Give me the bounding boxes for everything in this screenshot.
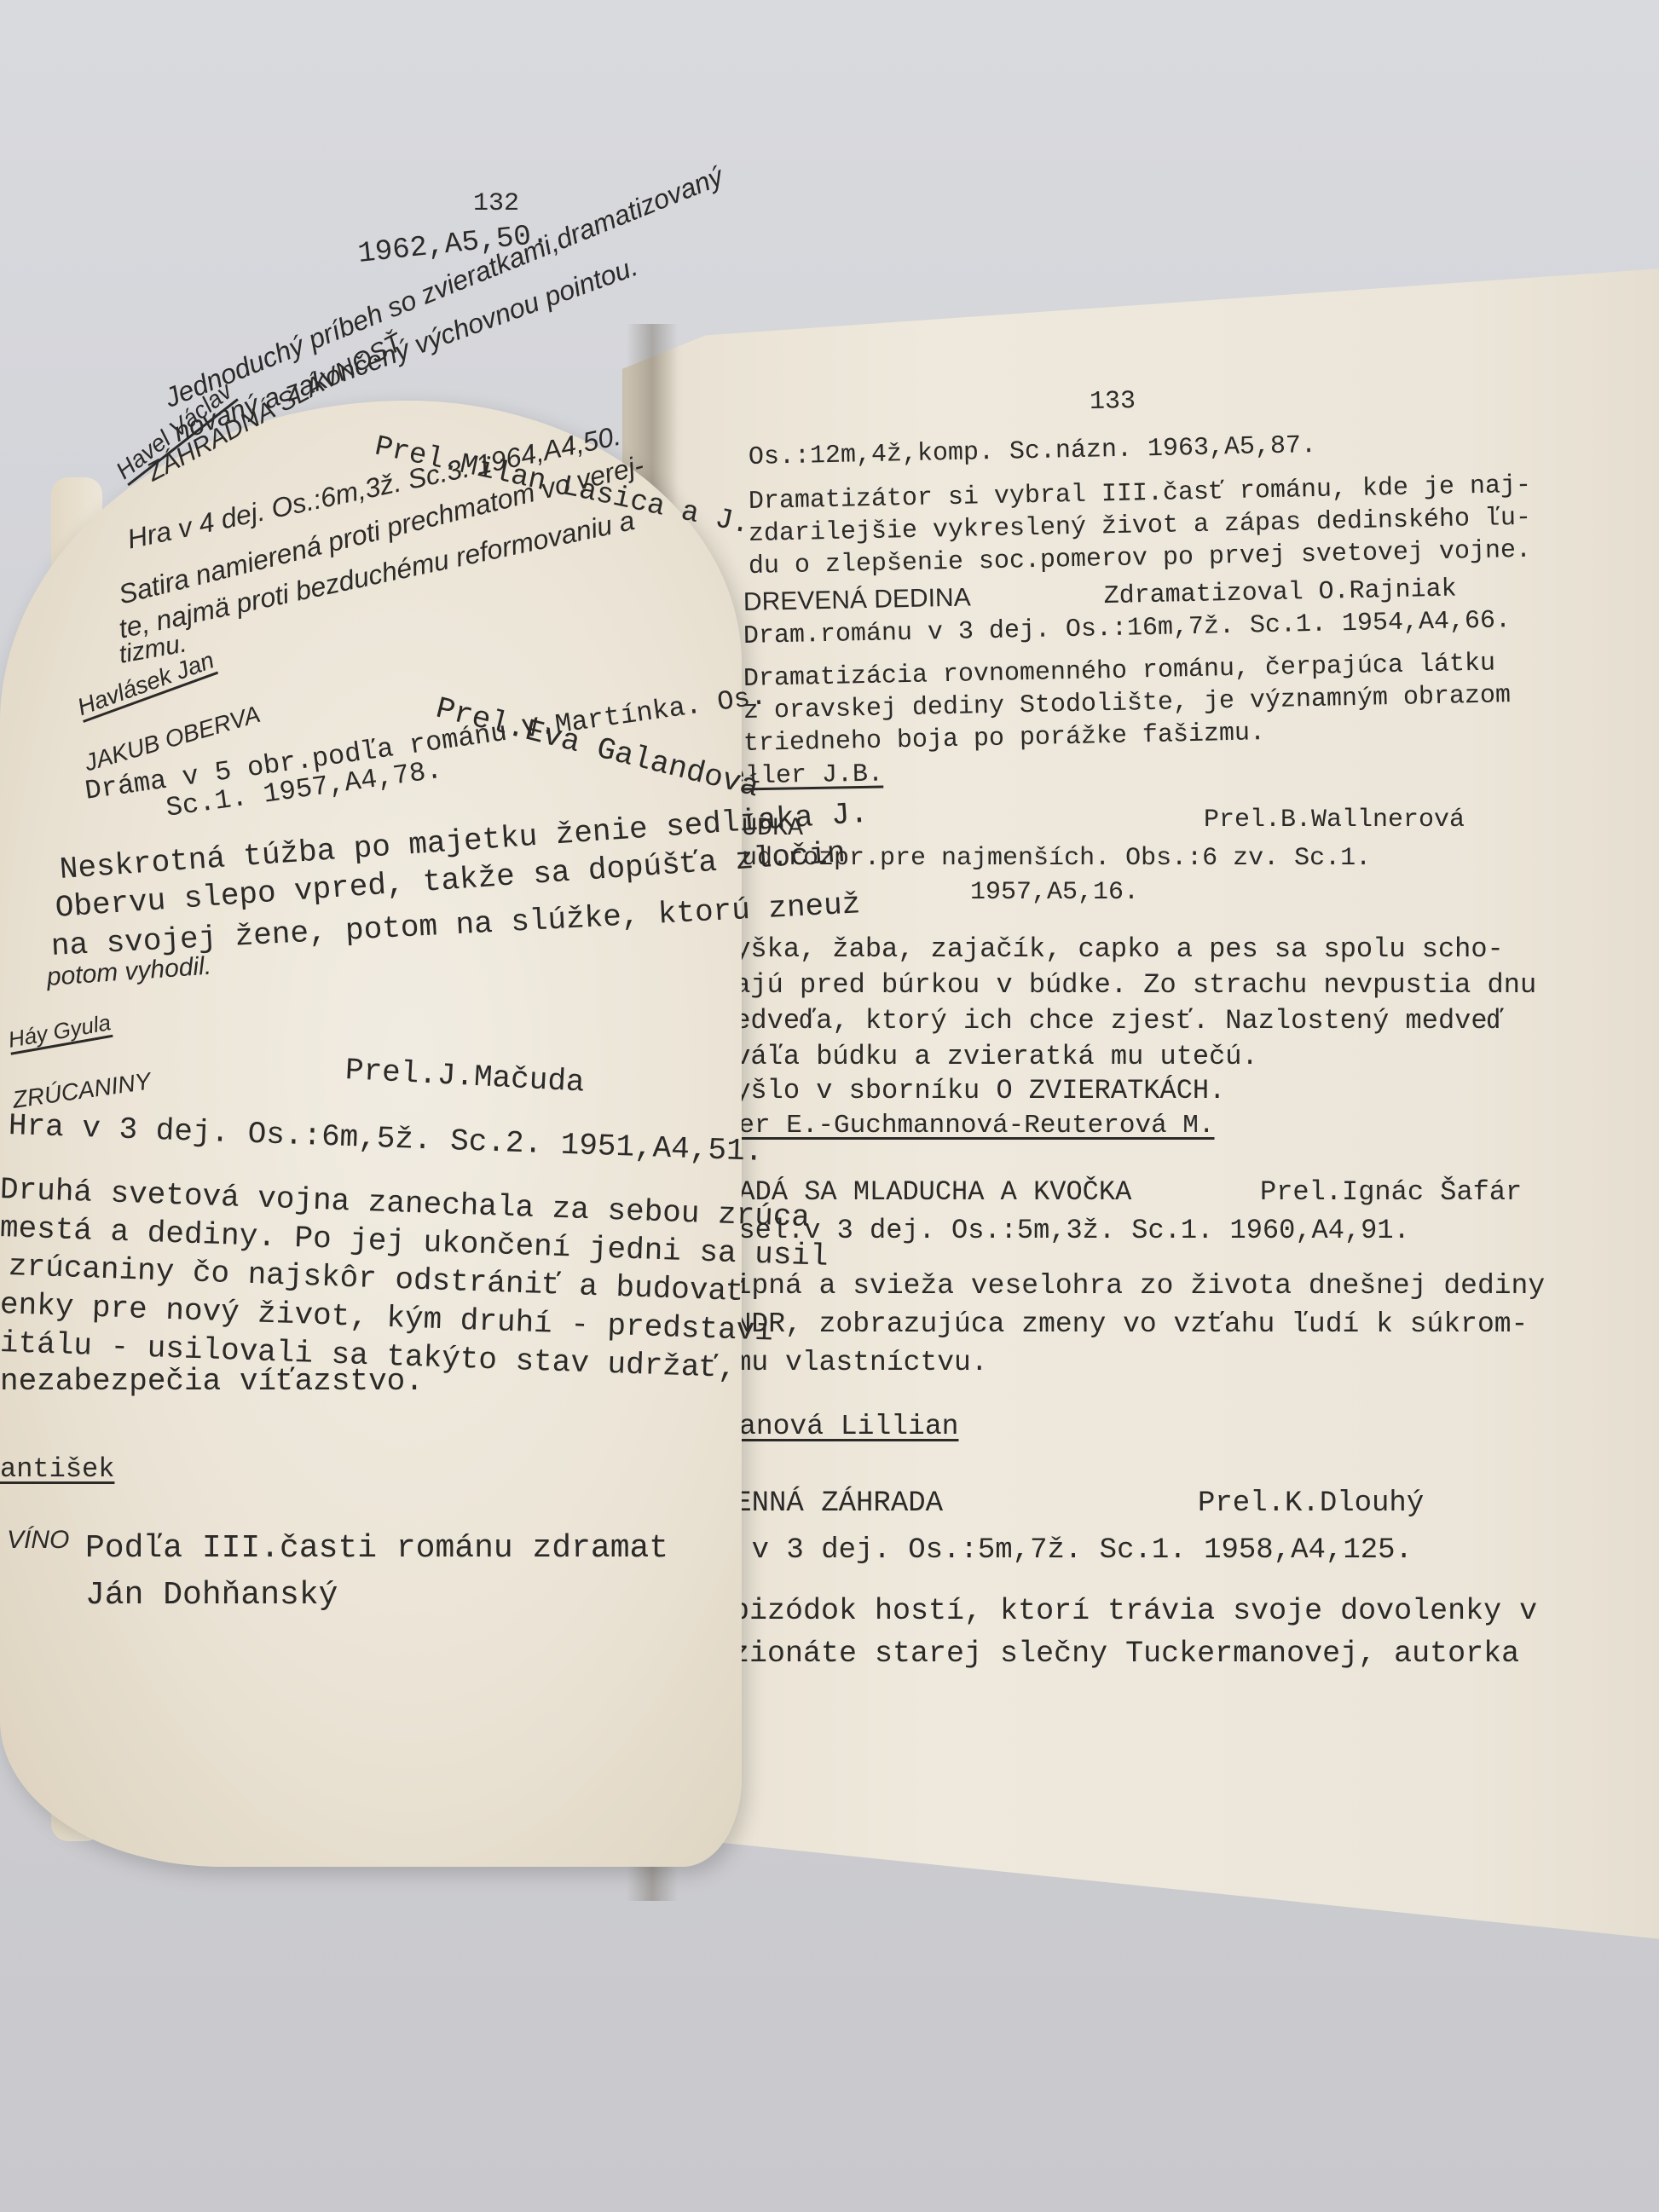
description-line: Z epizódok hostí, ktorí trávia svoje dov… bbox=[678, 1594, 1537, 1628]
entry-details: Hra v 3 dej. Os.:5m,7ž. Sc.1. 1958,A4,12… bbox=[682, 1534, 1413, 1567]
entry-author: antišek bbox=[0, 1453, 114, 1485]
description-line: Podľa III.časti románu zdramat bbox=[85, 1530, 668, 1567]
description-line: Vtipná a svieža veselohra zo života dneš… bbox=[701, 1270, 1545, 1302]
entry-translator: Prel.B.Wallnerová bbox=[1204, 806, 1465, 835]
table-surface: 133 Os.:12m,4ž,komp. Sc.názn. 1963,A5,87… bbox=[0, 0, 1659, 2212]
entry-translator: Prel.Ignác Šafár bbox=[1260, 1176, 1522, 1208]
entry-details: 1957,A5,16. bbox=[970, 878, 1139, 907]
citation-text: 1963,A5,87. bbox=[1147, 431, 1317, 464]
description-line: Myška, žaba, zajačík, capko a pes sa spo… bbox=[718, 933, 1504, 965]
description-line: nezabezpečia víťazstvo. bbox=[0, 1364, 424, 1399]
entry-title: DREVENÁ DEDINA bbox=[743, 583, 971, 616]
description-line: nému vlastníctvu. bbox=[701, 1347, 988, 1378]
description-line: zváľa búdku a zvieratká mu utečú. bbox=[718, 1041, 1258, 1072]
entry-title: VÍNO bbox=[7, 1526, 69, 1555]
page-number: 133 bbox=[1090, 387, 1136, 417]
description-line: medveďa, ktorý ich chce zjesť. Nazlosten… bbox=[718, 1005, 1504, 1037]
entry-translator: Prel.K.Dlouhý bbox=[1198, 1487, 1424, 1520]
description-line: vajú pred búrkou v búdke. Zo strachu nev… bbox=[718, 969, 1536, 1001]
description-line: Ján Dohňanský bbox=[85, 1577, 338, 1614]
description-line: v NDR, zobrazujúca zmeny vo vzťahu ľudí … bbox=[701, 1308, 1528, 1340]
description-line: penzionáte starej slečny Tuckermanovej, … bbox=[678, 1637, 1519, 1671]
page-number: 132 bbox=[473, 189, 519, 218]
description-line: Vyšlo v sborníku O ZVIERATKÁCH. bbox=[718, 1075, 1225, 1106]
